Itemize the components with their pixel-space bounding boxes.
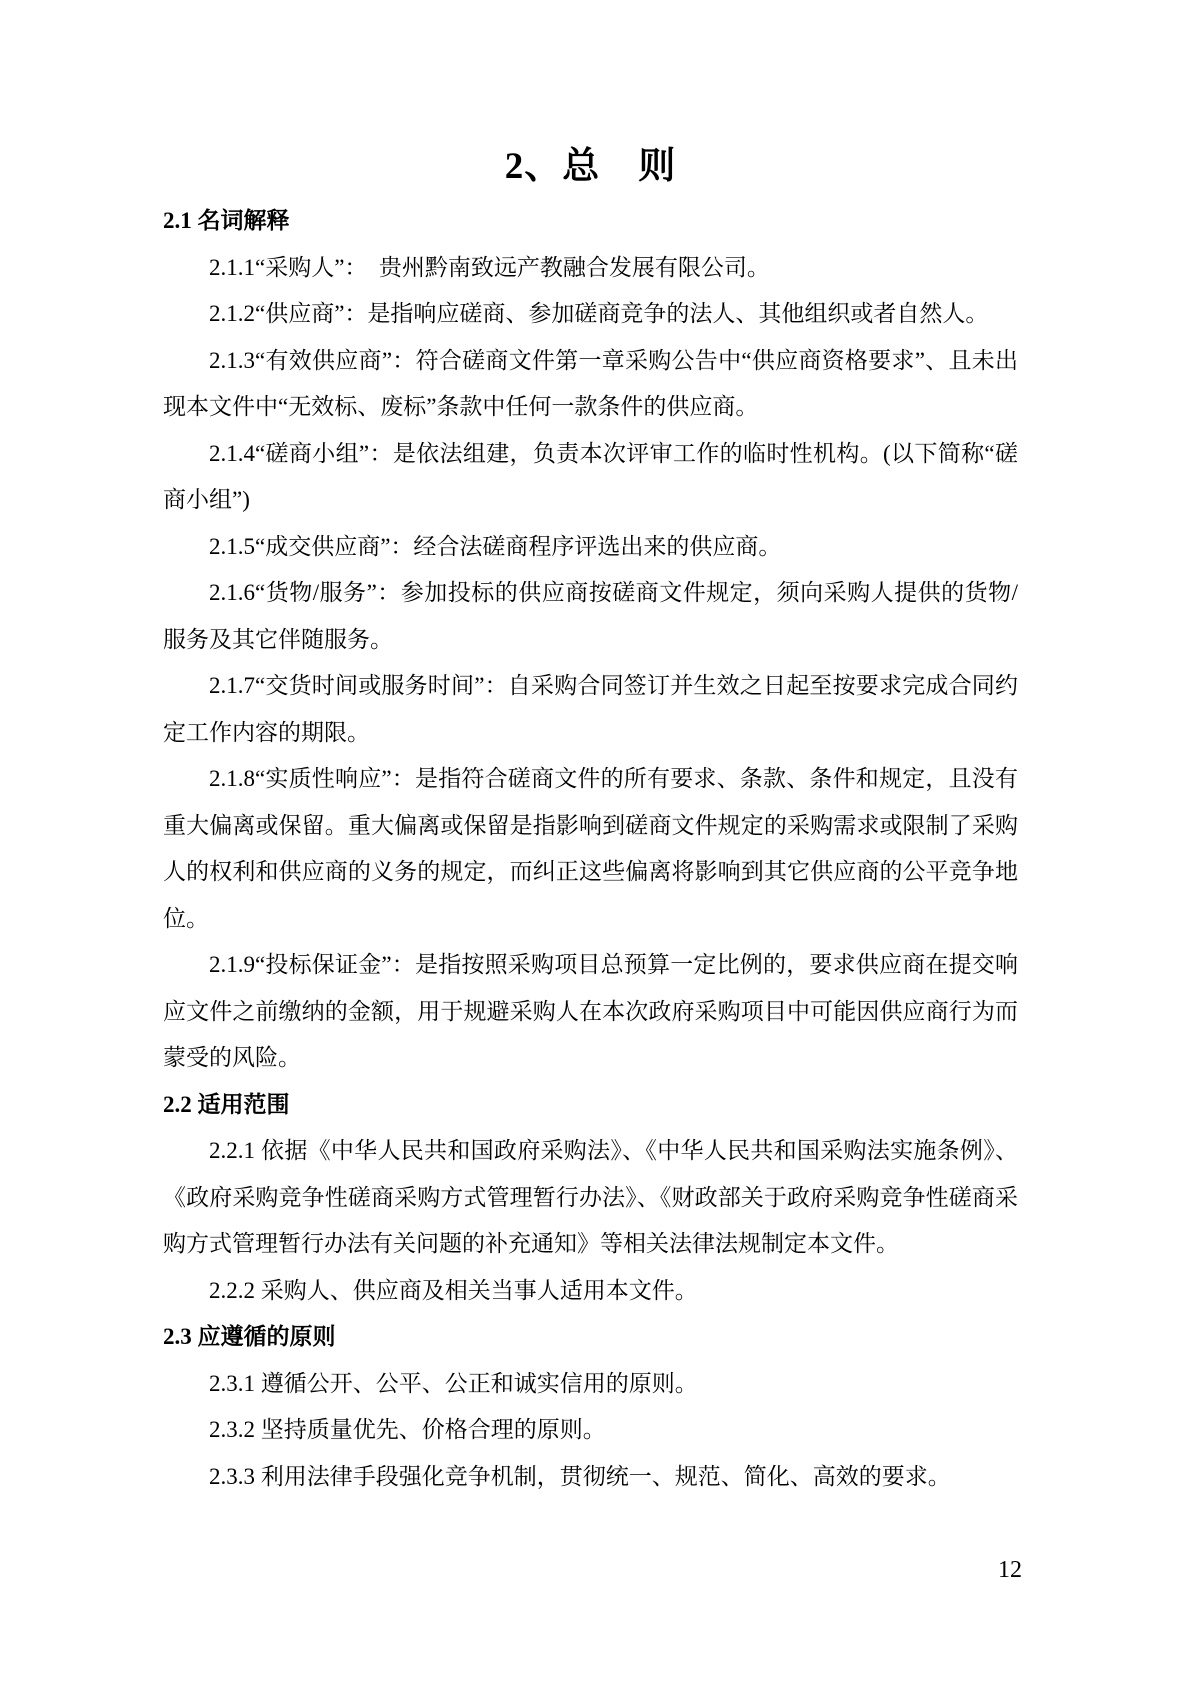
paragraph-2-1-4: 2.1.4“磋商小组”：是依法组建，负责本次评审工作的临时性机构。(以下简称“磋… [163, 431, 1018, 524]
page-number: 12 [0, 1556, 1022, 1584]
paragraph-2-3-3: 2.3.3 利用法律手段强化竞争机制，贯彻统一、规范、简化、高效的要求。 [163, 1454, 1018, 1501]
paragraph-2-3-1: 2.3.1 遵循公开、公平、公正和诚实信用的原则。 [163, 1361, 1018, 1408]
paragraph-2-1-9: 2.1.9“投标保证金”：是指按照采购项目总预算一定比例的，要求供应商在提交响应… [163, 942, 1018, 1082]
paragraph-2-1-6: 2.1.6“货物/服务”：参加投标的供应商按磋商文件规定，须向采购人提供的货物/… [163, 570, 1018, 663]
section-heading-2-1: 2.1 名词解释 [163, 198, 1018, 245]
paragraph-2-3-2: 2.3.2 坚持质量优先、价格合理的原则。 [163, 1407, 1018, 1454]
paragraph-2-2-1: 2.2.1 依据《中华人民共和国政府采购法》、《中华人民共和国采购法实施条例》、… [163, 1128, 1018, 1268]
page-title: 2、总 则 [163, 136, 1018, 198]
section-heading-2-2: 2.2 适用范围 [163, 1082, 1018, 1129]
paragraph-2-1-3: 2.1.3“有效供应商”：符合磋商文件第一章采购公告中“供应商资格要求”、且未出… [163, 338, 1018, 431]
paragraph-2-1-5: 2.1.5“成交供应商”：经合法磋商程序评选出来的供应商。 [163, 524, 1018, 571]
section-heading-2-3: 2.3 应遵循的原则 [163, 1314, 1018, 1361]
paragraph-2-1-8: 2.1.8“实质性响应”：是指符合磋商文件的所有要求、条款、条件和规定，且没有重… [163, 756, 1018, 942]
document-content: 2、总 则 2.1 名词解释 2.1.1“采购人”： 贵州黔南致远产教融合发展有… [163, 136, 1018, 1500]
document-page: 2、总 则 2.1 名词解释 2.1.1“采购人”： 贵州黔南致远产教融合发展有… [0, 0, 1190, 1682]
paragraph-2-2-2: 2.2.2 采购人、供应商及相关当事人适用本文件。 [163, 1268, 1018, 1315]
paragraph-2-1-2: 2.1.2“供应商”：是指响应磋商、参加磋商竞争的法人、其他组织或者自然人。 [163, 291, 1018, 338]
paragraph-2-1-7: 2.1.7“交货时间或服务时间”：自采购合同签订并生效之日起至按要求完成合同约定… [163, 663, 1018, 756]
paragraph-2-1-1: 2.1.1“采购人”： 贵州黔南致远产教融合发展有限公司。 [163, 245, 1018, 292]
